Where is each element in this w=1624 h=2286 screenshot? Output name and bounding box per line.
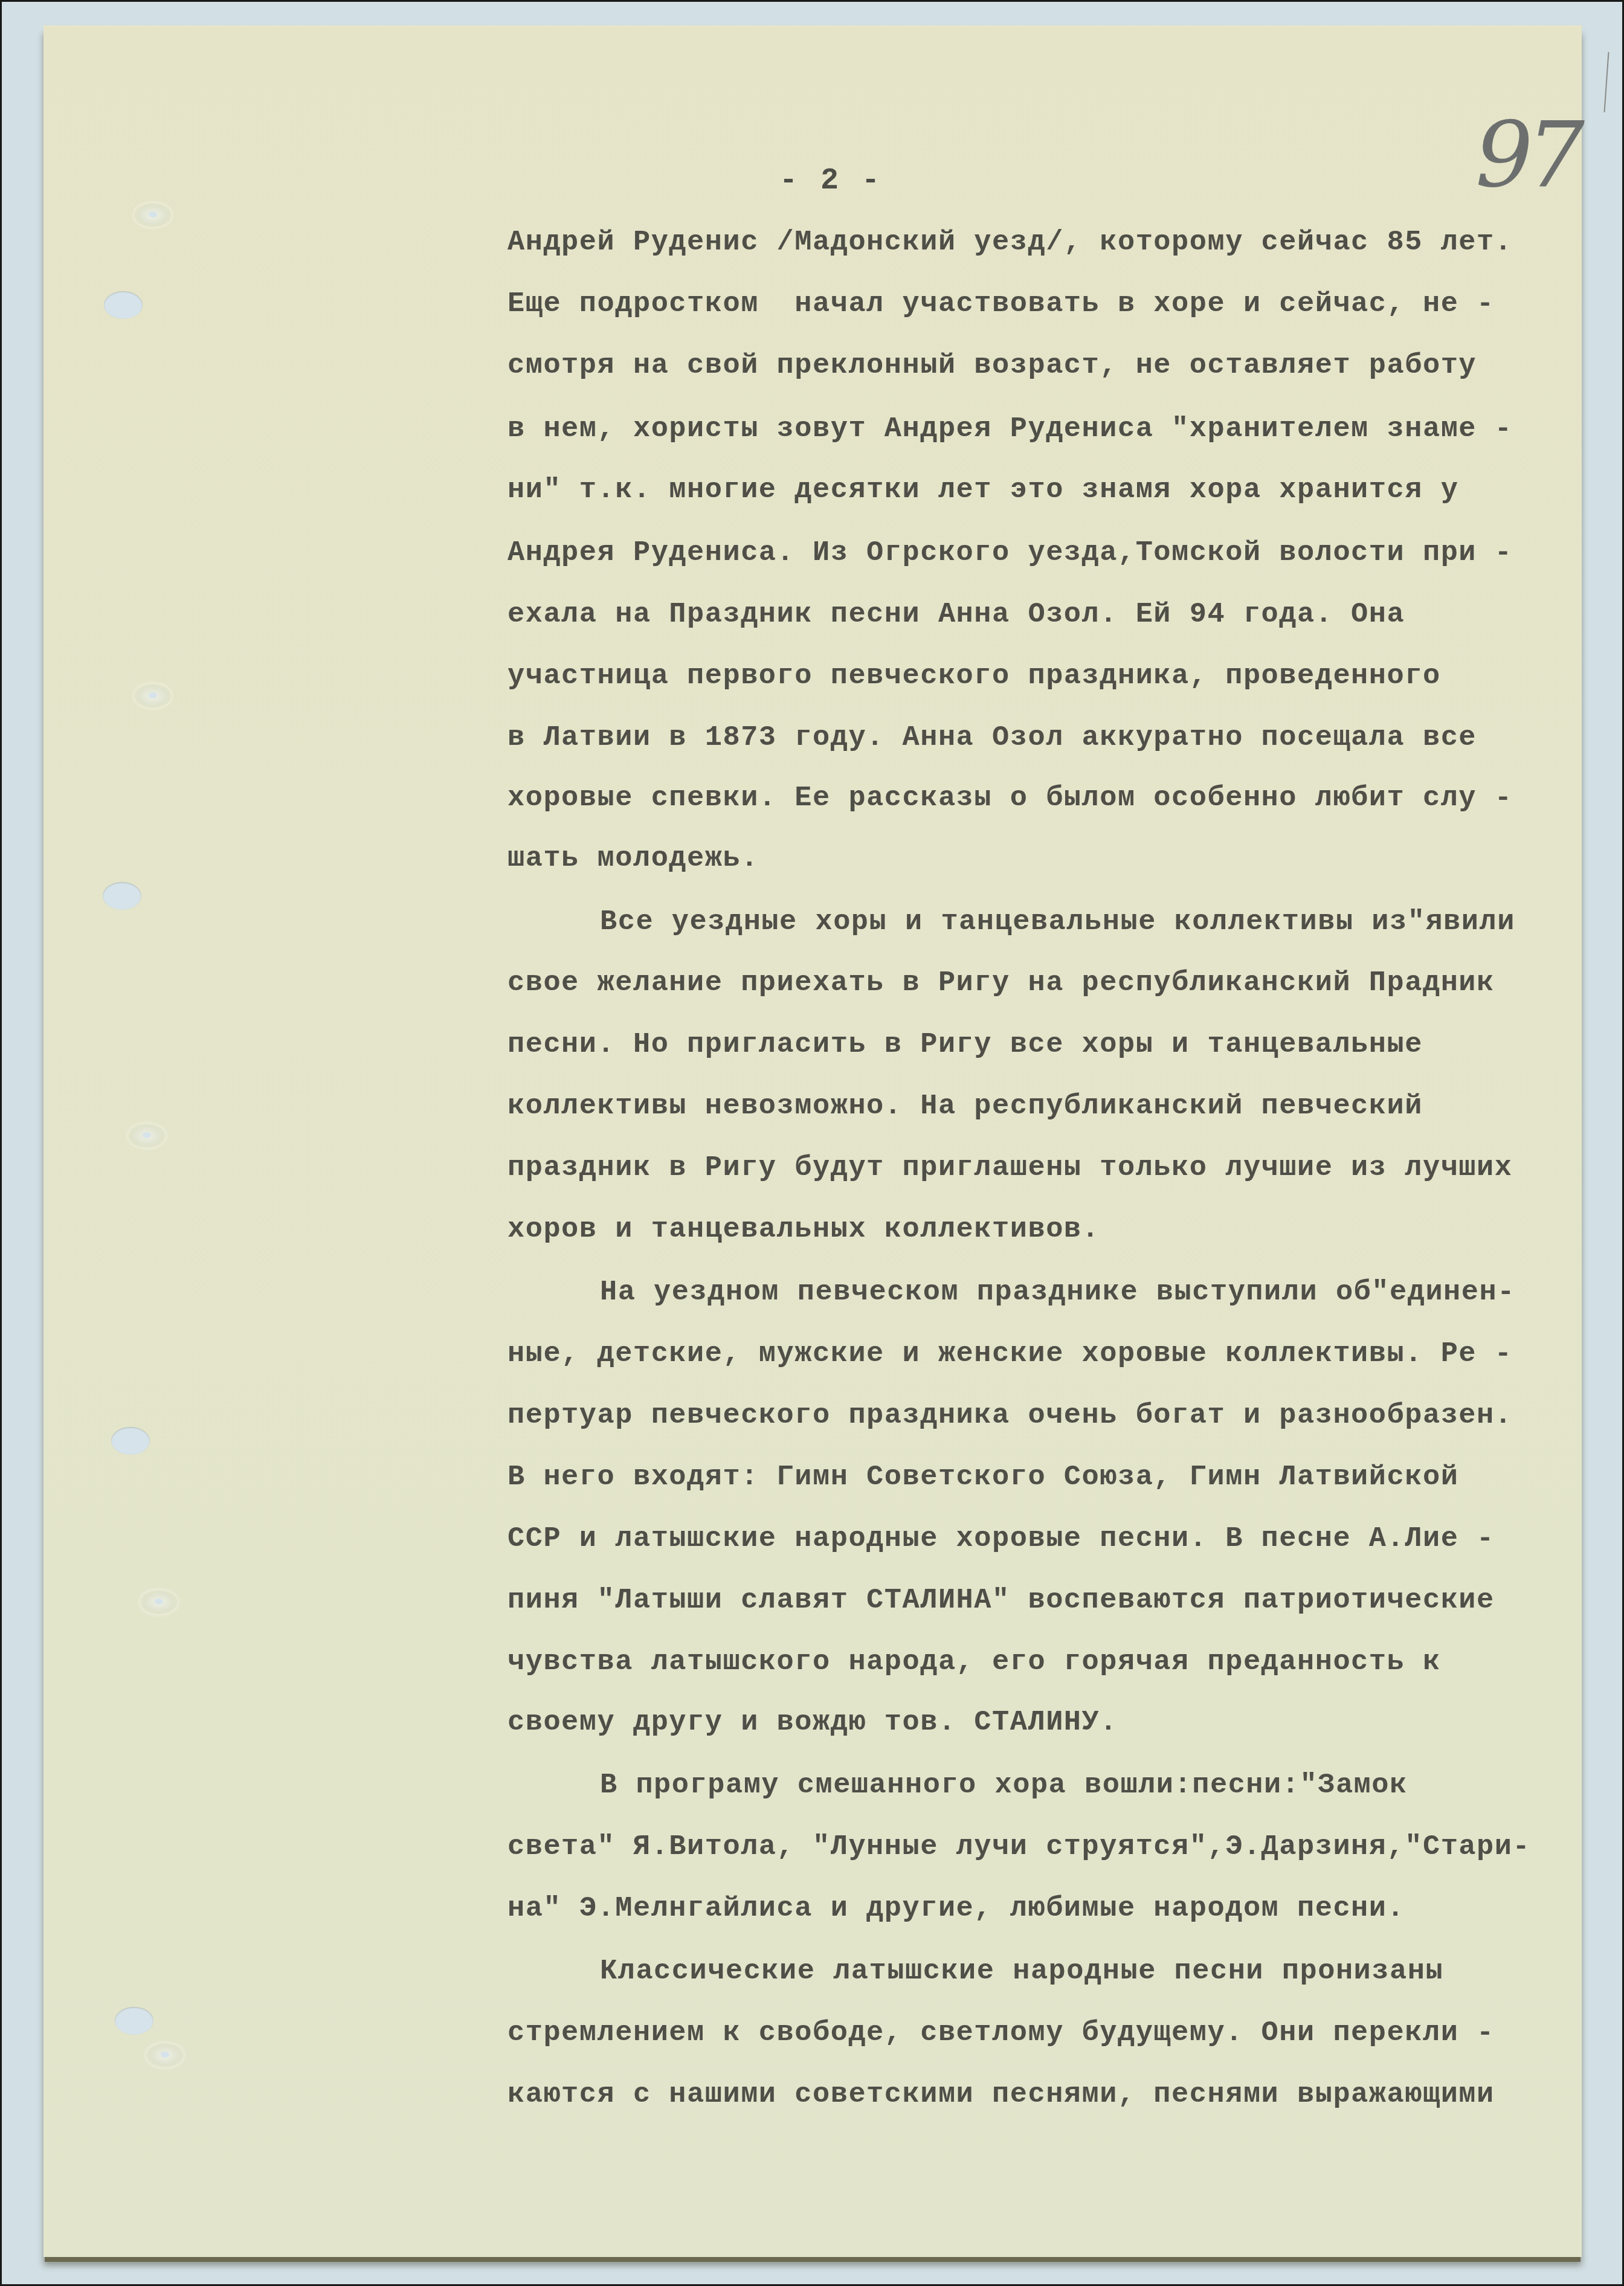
punch-hole (115, 2007, 153, 2035)
text-line: ни" т.к. многие десятки лет это знамя хо… (507, 472, 1458, 509)
text-line: света" Я.Витола, "Лунные лучи струятся",… (507, 1829, 1530, 1866)
text-line: пиня "Латыши славят СТАЛИНА" воспеваются… (507, 1583, 1495, 1619)
page-number: - 2 - (779, 163, 882, 199)
text-line: В програму смешанного хора вошли:песни:"… (600, 1768, 1408, 1804)
text-line: коллективы невозможно. На республикански… (507, 1089, 1423, 1125)
text-line: На уездном певческом празднике выступили… (600, 1275, 1515, 1311)
text-line: Андрей Руденис /Мадонский уезд/, котором… (507, 225, 1512, 261)
text-line: шать молодежь. (507, 841, 759, 877)
text-line: стремлением к свободе, светлому будущему… (507, 2015, 1495, 2052)
text-line: каются с нашими советскими песнями, песн… (507, 2077, 1495, 2113)
archive-folio-number: 97 (1475, 98, 1584, 213)
text-line: хоровые спевки. Ее рассказы о былом особ… (507, 781, 1512, 817)
text-line: смотря на свой преклонный возраст, не ос… (507, 348, 1477, 384)
punch-hole (103, 882, 141, 910)
punch-crease (140, 1590, 178, 1614)
text-line: Еще подростком начал участвовать в хоре … (507, 286, 1495, 323)
punch-hole (111, 1427, 150, 1455)
text-line: чувства латышского народа, его горячая п… (507, 1644, 1441, 1681)
punch-crease (134, 203, 172, 227)
text-line: песни. Но пригласить в Ригу все хоры и т… (507, 1027, 1423, 1063)
text-line: Все уездные хоры и танцевальные коллекти… (600, 904, 1515, 941)
text-line: праздник в Ригу будут приглашены только … (507, 1150, 1512, 1186)
text-line: участница первого певческого праздника, … (507, 658, 1441, 695)
pencil-mark (1604, 52, 1609, 112)
text-line: в нем, хористы зовут Андрея Рудениса "хр… (507, 411, 1512, 448)
text-line: ССР и латышские народные хоровые песни. … (507, 1521, 1495, 1557)
punch-hole (104, 291, 143, 319)
text-line: в Латвии в 1873 году. Анна Озол аккуратн… (507, 720, 1477, 756)
text-line: свое желание приехать в Ригу на республи… (507, 965, 1495, 1002)
punch-crease (128, 1124, 166, 1148)
text-line: на" Э.Мелнгайлиса и другие, любимые наро… (507, 1891, 1405, 1927)
text-line: ехала на Праздник песни Анна Озол. Ей 94… (507, 597, 1405, 633)
text-line: ные, детские, мужские и женские хоровые … (507, 1336, 1512, 1373)
punch-crease (134, 684, 172, 708)
text-line: пертуар певческого праздника очень богат… (507, 1398, 1512, 1434)
text-line: Андрея Рудениса. Из Огрского уезда,Томск… (507, 535, 1512, 571)
text-line: В него входят: Гимн Советского Союза, Ги… (507, 1460, 1458, 1496)
punch-crease (146, 2043, 184, 2067)
text-line: хоров и танцевальных коллективов. (507, 1212, 1100, 1248)
text-line: Классические латышские народные песни пр… (600, 1954, 1443, 1990)
text-line: своему другу и вождю тов. СТАЛИНУ. (507, 1705, 1118, 1741)
